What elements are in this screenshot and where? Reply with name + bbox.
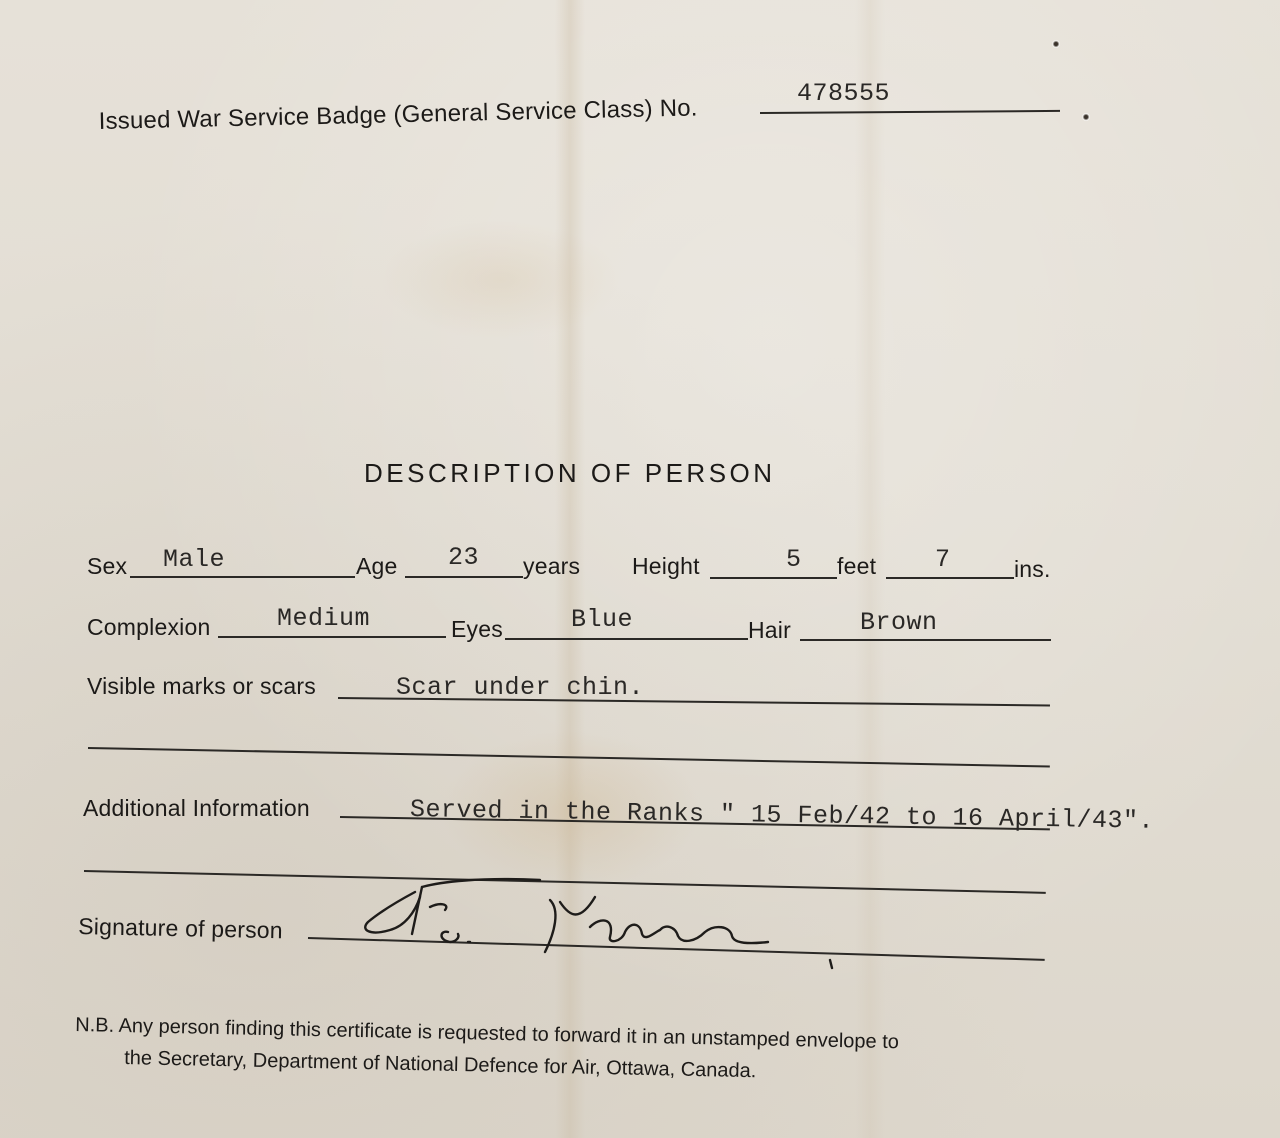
footnote-prefix: N.B. — [75, 1014, 114, 1037]
hair-value: Brown — [860, 608, 938, 637]
hair-label: Hair — [748, 617, 791, 644]
badge-number: 478555 — [797, 79, 890, 108]
height-inches-unit: ins. — [1014, 556, 1051, 583]
signature-label: Signature of person — [78, 913, 283, 944]
height-inches-value: 7 — [935, 545, 951, 574]
age-unit: years — [523, 553, 580, 580]
additional-label: Additional Information — [83, 795, 310, 822]
height-feet-unit: feet — [837, 553, 876, 580]
eyes-rule — [505, 638, 748, 640]
complexion-label: Complexion — [87, 614, 210, 641]
age-rule — [405, 576, 523, 578]
eyes-label: Eyes — [451, 616, 503, 643]
sex-value: Male — [163, 545, 225, 574]
height-feet-rule — [710, 577, 837, 579]
handwritten-signature — [360, 872, 840, 972]
staple-hole — [1082, 113, 1090, 121]
height-label: Height — [632, 553, 700, 580]
age-value: 23 — [448, 543, 479, 572]
staple-hole — [1052, 40, 1060, 48]
marks-value: Scar under chin. — [396, 673, 644, 702]
section-title: DESCRIPTION OF PERSON — [364, 458, 776, 489]
paper-stain — [380, 220, 620, 340]
eyes-value: Blue — [571, 605, 633, 634]
complexion-value: Medium — [277, 604, 370, 633]
hair-rule — [800, 639, 1051, 641]
height-inches-rule — [886, 577, 1014, 579]
sex-label: Sex — [87, 553, 127, 580]
age-label: Age — [356, 553, 398, 580]
marks-label: Visible marks or scars — [87, 673, 316, 700]
height-feet-value: 5 — [786, 545, 802, 574]
sex-rule — [130, 576, 355, 578]
complexion-rule — [218, 636, 446, 638]
